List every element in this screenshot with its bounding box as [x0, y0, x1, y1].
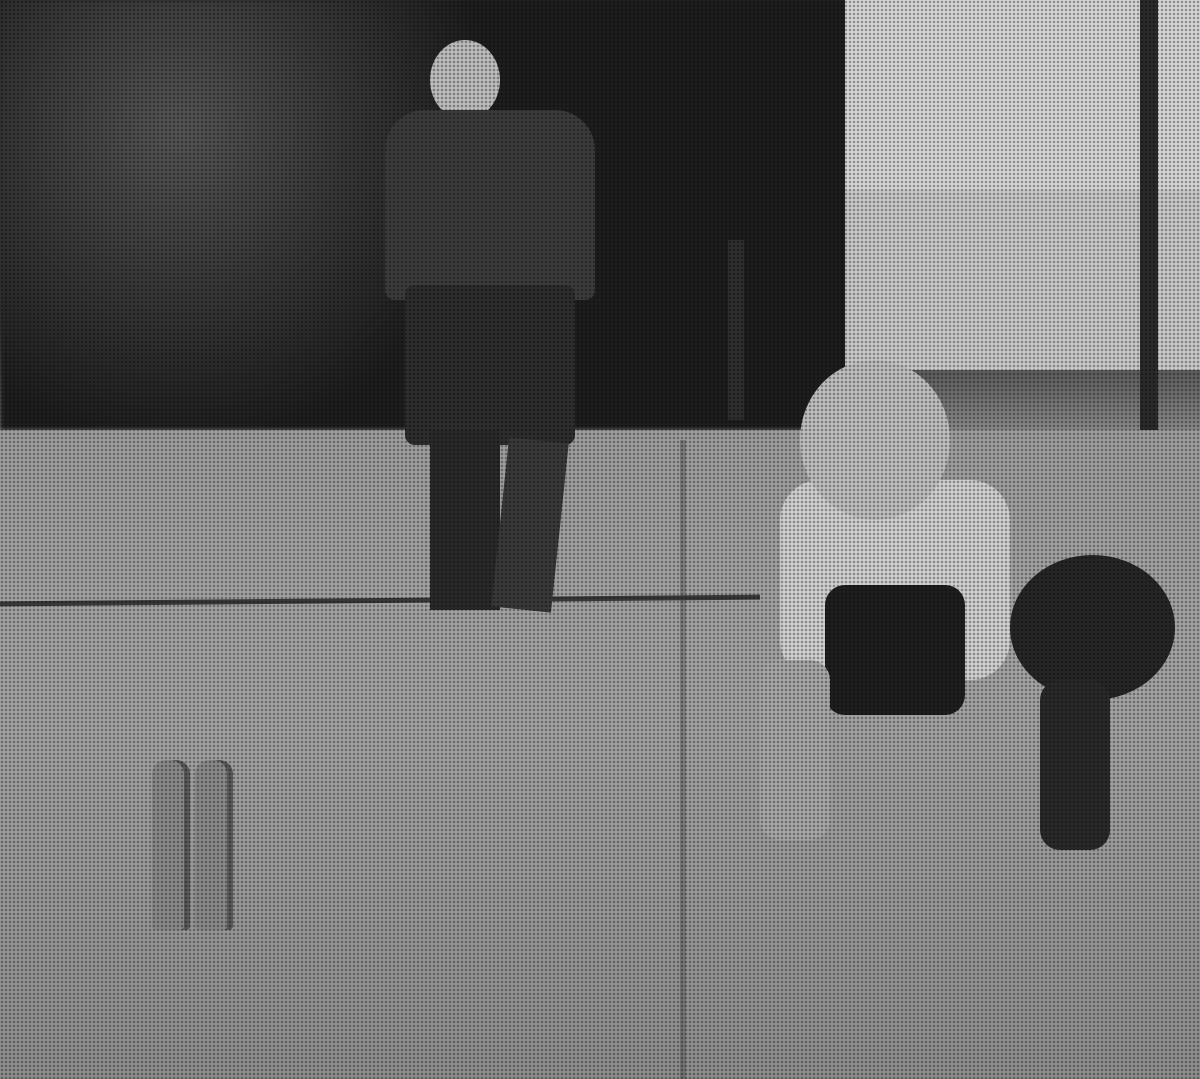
pin — [152, 760, 190, 930]
utility-pole — [1140, 0, 1158, 440]
man-pants — [405, 285, 575, 445]
paved-court — [0, 430, 1200, 1079]
child-arm — [1040, 680, 1110, 850]
post — [728, 240, 744, 420]
fold-line — [680, 440, 686, 1079]
child-leg — [760, 660, 830, 840]
pin — [195, 760, 233, 930]
man-head — [430, 40, 500, 120]
child-shorts — [825, 585, 965, 715]
halftone-photo — [0, 0, 1200, 1079]
child-head — [800, 360, 950, 520]
man-leg-left — [430, 430, 500, 610]
man-shirt — [385, 110, 595, 300]
ball — [1010, 555, 1175, 700]
